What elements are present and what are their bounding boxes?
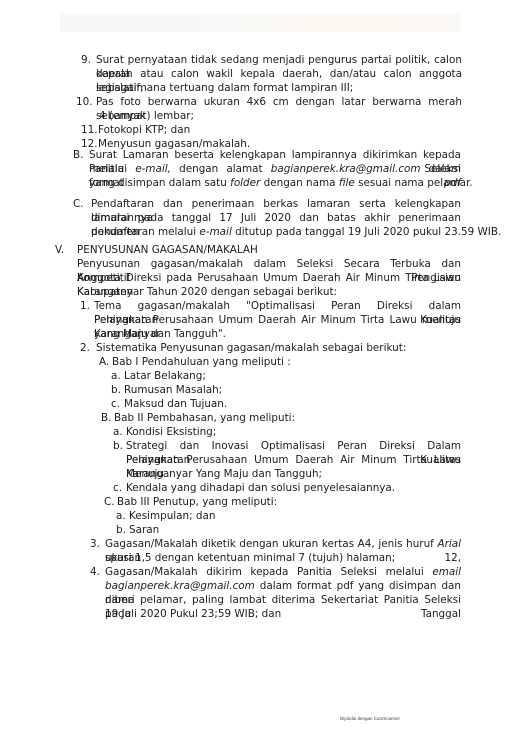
list-number: 4. xyxy=(90,565,100,579)
list-number: 11. xyxy=(81,123,98,137)
section-label: C. xyxy=(73,197,84,211)
email-address: bagianperek.kra@gmail.com xyxy=(105,580,255,592)
sub-label: a. xyxy=(111,369,121,383)
section-intro: Karanganyar Tahun 2020 dengan sebagai be… xyxy=(77,285,337,299)
sub-text: Maksud dan Tujuan. xyxy=(124,397,227,411)
list-number: 10. xyxy=(76,95,93,109)
list-number: 3. xyxy=(90,537,100,551)
scanner-watermark: Dipindai dengan CamScanner xyxy=(340,716,400,721)
sub-text: Latar Belakang; xyxy=(124,369,206,383)
sub-label: a. xyxy=(116,509,126,523)
list-item-text: Sistematika Penyusunan gagasan/makalah s… xyxy=(96,341,406,355)
chapter-text: Bab III Penutup, yang meliputi: xyxy=(117,495,277,509)
list-item-text: 19 Juli 2020 Pukul 23;59 WIB; dan xyxy=(105,607,281,621)
sub-text: Saran xyxy=(129,523,159,537)
sub-text: Kendala yang dihadapi dan solusi penyele… xyxy=(126,481,395,495)
sub-text: Rumusan Masalah; xyxy=(124,383,222,397)
list-number: 2. xyxy=(80,341,90,355)
section-text: pendaftaran melalui e-mail ditutup pada … xyxy=(91,225,501,239)
chapter-text: Bab I Pendahuluan yang meliputi : xyxy=(112,355,291,369)
chapter-text: Bab II Pembahasan, yang meliputi: xyxy=(114,411,295,425)
list-item-text: spasi 1,5 dengan ketentuan minimal 7 (tu… xyxy=(105,551,395,565)
section-label: V. xyxy=(55,243,64,257)
list-item-text: Gagasan/Makalah dikirim kepada Panitia S… xyxy=(105,565,461,579)
list-item-text: sebagaimana tertuang dalam format lampir… xyxy=(96,81,353,95)
sub-text: Karanganyar Yang Maju dan Tangguh; xyxy=(126,467,322,481)
sub-label: c. xyxy=(111,397,120,411)
section-label: B. xyxy=(73,148,83,162)
list-item-text: Fotokopi KTP; dan xyxy=(98,123,190,137)
chapter-label: A. xyxy=(99,355,109,369)
section-text: yang disimpan dalam satu folder dengan n… xyxy=(89,176,473,190)
list-number: 1. xyxy=(80,299,90,313)
chapter-label: C. xyxy=(104,495,115,509)
sub-label: b. xyxy=(113,439,123,453)
sub-label: b. xyxy=(111,383,121,397)
sub-label: a. xyxy=(113,425,123,439)
chapter-label: B. xyxy=(101,411,111,425)
email-address: bagianperek.kra@gmail.com xyxy=(271,163,421,175)
sub-label: c. xyxy=(113,481,122,495)
sub-text: Kondisi Eksisting; xyxy=(126,425,216,439)
section-heading: PENYUSUNAN GAGASAN/MAKALAH xyxy=(77,243,258,257)
list-number: 9. xyxy=(81,53,91,67)
list-item-text: yang Maju dan Tangguh". xyxy=(94,327,226,341)
sub-label: b. xyxy=(116,523,126,537)
list-item-text: 4 (empat) lembar; xyxy=(99,109,194,123)
sub-text: Kesimpulan; dan xyxy=(129,509,215,523)
scan-bleed-through xyxy=(60,14,460,32)
